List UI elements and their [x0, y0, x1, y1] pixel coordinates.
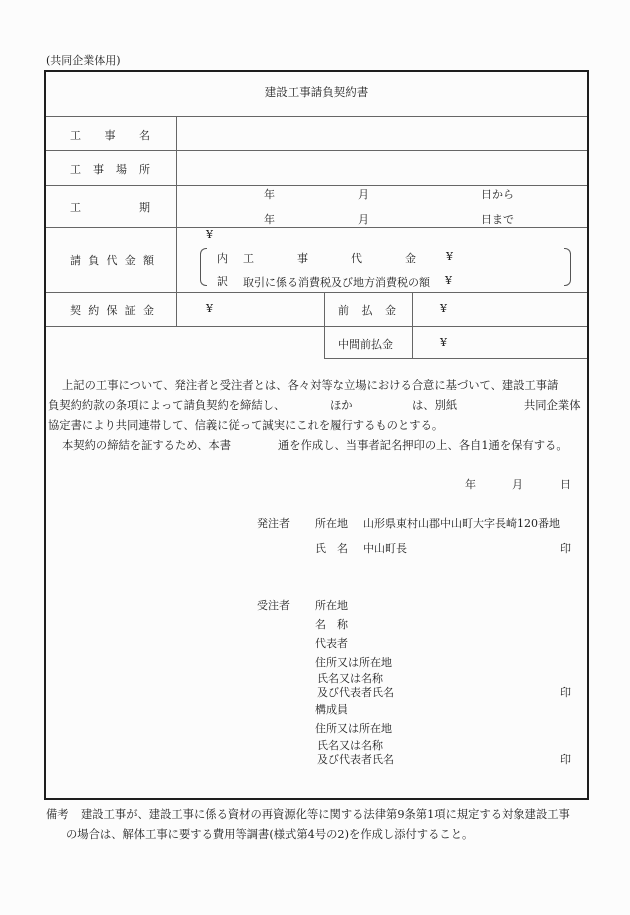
breakdown-label-2: 訳 — [217, 273, 228, 289]
contract-amount-label: 請 負 代 金 額 — [70, 252, 154, 268]
representative-heading: 代表者 — [315, 635, 348, 651]
body-line-2d: 共同企業体 — [524, 397, 581, 413]
date-month: 月 — [512, 476, 523, 492]
period-end-month: 月 — [358, 211, 369, 227]
right-bracket-icon — [564, 248, 571, 286]
period-end-year: 年 — [264, 211, 275, 227]
period-label: 工 期 — [70, 199, 150, 215]
breakdown-label-1: 内 — [217, 250, 228, 266]
row-divider — [46, 292, 587, 293]
body-line-3: 協定書により共同連帯して、信義に従って誠実にこれを履行するものとする。 — [48, 417, 443, 433]
row-divider — [46, 116, 587, 117]
remarks-label: 備考 — [46, 806, 69, 822]
interim-advance-yen: ¥ — [440, 336, 447, 349]
member-seal: 印 — [560, 751, 571, 767]
remarks-line-2: の場合は、解体工事に要する費用等調書(様式第4号の2)を作成し添付すること。 — [66, 826, 473, 842]
project-site-label: 工 事 場 所 — [70, 161, 150, 177]
orderer-name-label: 氏 名 — [315, 540, 348, 556]
member-name-label-2: 及び代表者氏名 — [317, 751, 394, 767]
project-name-label: 工 事 名 — [70, 127, 150, 143]
project-site-field[interactable] — [180, 153, 580, 181]
remarks-line-1: 建設工事が、建設工事に係る資材の再資源化等に関する法律第9条第1項に規定する対象… — [81, 806, 570, 822]
body-line-4b: 通を作成し、当事者記名押印の上、各自1通を保有する。 — [278, 437, 568, 453]
advance-payment-label: 前 払 金 — [338, 302, 396, 318]
tax-label: 取引に係る消費税及び地方消費税の額 — [243, 274, 430, 290]
contractor-name-label: 名 称 — [315, 616, 348, 632]
contractor-role: 受注者 — [257, 597, 290, 613]
member-address-label: 住所又は所在地 — [315, 720, 392, 736]
representative-address-label: 住所又は所在地 — [315, 654, 392, 670]
row-divider — [46, 227, 587, 228]
period-end-day: 日まで — [481, 211, 514, 227]
body-line-4a: 本契約の締結を証するため、本書 — [62, 437, 231, 453]
tax-yen: ¥ — [445, 274, 452, 287]
column-divider — [412, 292, 413, 358]
guarantee-label: 契 約 保 証 金 — [70, 302, 154, 318]
body-line-1: 上記の工事について、発注者と受注者とは、各々対等な立場における合意に基づいて、建… — [62, 377, 558, 393]
project-name-field[interactable] — [180, 119, 580, 147]
row-divider — [324, 358, 587, 359]
page-title: 建設工事請負契約書 — [46, 84, 587, 100]
body-line-2b: ほか — [330, 397, 353, 413]
row-divider — [46, 150, 587, 151]
construction-cost-label: 工 事 代 金 — [243, 250, 416, 266]
interim-advance-label: 中間前払金 — [338, 336, 393, 352]
orderer-role: 発注者 — [257, 515, 290, 531]
row-divider — [46, 326, 587, 327]
date-day: 日 — [560, 476, 571, 492]
orderer-name-value: 中山町長 — [363, 540, 407, 556]
column-divider — [324, 292, 325, 358]
representative-name-label-2: 及び代表者氏名 — [317, 684, 394, 700]
construction-cost-yen: ¥ — [446, 250, 453, 263]
date-year: 年 — [465, 476, 476, 492]
guarantee-yen: ¥ — [206, 302, 213, 315]
period-start-month: 月 — [358, 186, 369, 202]
period-start-day: 日から — [481, 186, 514, 202]
label-column-divider — [176, 116, 177, 326]
form-type-note: (共同企業体用) — [46, 52, 121, 68]
orderer-address-value: 山形県東村山郡中山町大字長崎120番地 — [363, 515, 560, 531]
period-start-year: 年 — [264, 186, 275, 202]
orderer-seal: 印 — [560, 540, 571, 556]
orderer-address-label: 所在地 — [315, 515, 348, 531]
left-bracket-icon — [200, 248, 207, 286]
body-line-2c: は、別紙 — [412, 397, 457, 413]
member-heading: 構成員 — [315, 701, 348, 717]
body-line-2a: 負契約約款の条項によって請負契約を締結し、 — [48, 397, 285, 413]
representative-seal: 印 — [560, 684, 571, 700]
advance-payment-yen: ¥ — [440, 302, 447, 315]
contract-total-yen: ¥ — [206, 228, 213, 241]
contractor-address-label: 所在地 — [315, 597, 348, 613]
